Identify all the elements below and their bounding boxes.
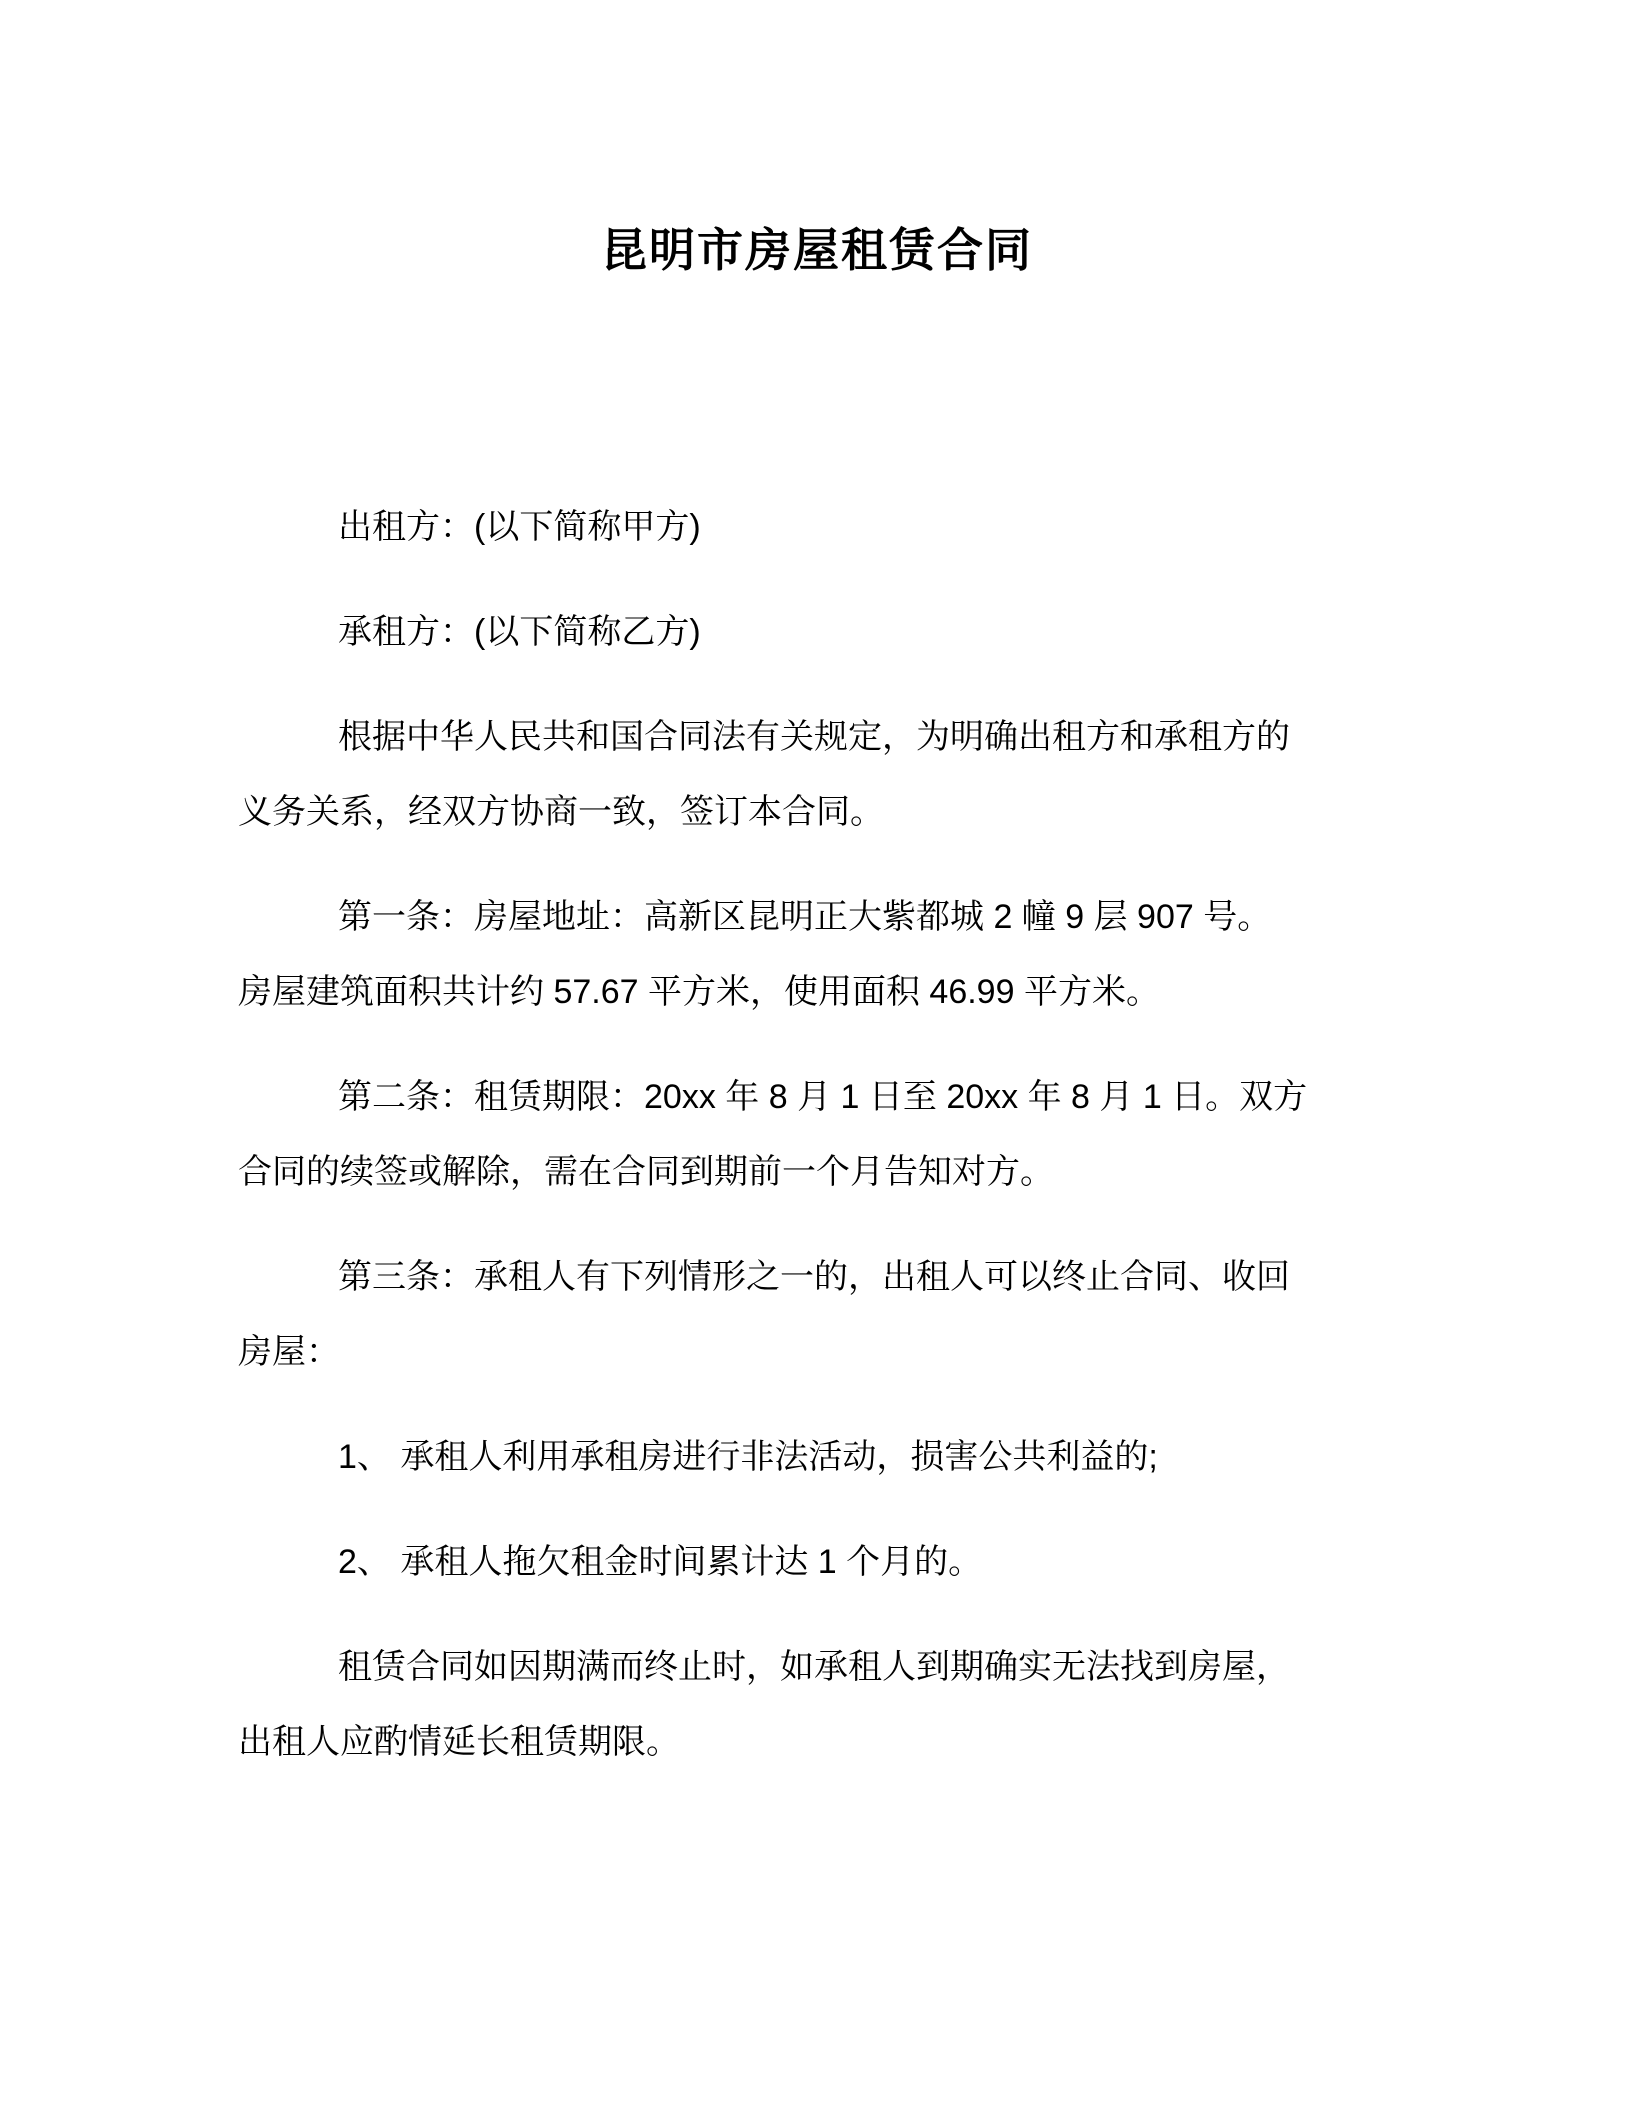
document-title: 昆明市房屋租赁合同	[238, 220, 1396, 280]
contract-document-page: 昆明市房屋租赁合同 出租方：(以下简称甲方) 承租方：(以下简称乙方) 根据中华…	[0, 0, 1632, 2112]
preamble-paragraph: 根据中华人民共和国合同法有关规定，为明确出租方和承租方的 义务关系，经双方协商一…	[238, 700, 1396, 850]
clause-item-1: 1、 承租人利用承租房进行非法活动，损害公共利益的;	[238, 1420, 1396, 1495]
article-2-paragraph: 第二条：租赁期限：20xx 年 8 月 1 日至 20xx 年 8 月 1 日。…	[238, 1060, 1396, 1210]
party-lessee-line: 承租方：(以下简称乙方)	[238, 595, 1396, 670]
closing-paragraph: 租赁合同如因期满而终止时，如承租人到期确实无法找到房屋， 出租人应酌情延长租赁期…	[238, 1630, 1396, 1780]
clause-item-2: 2、 承租人拖欠租金时间累计达 1 个月的。	[238, 1525, 1396, 1600]
article-3-paragraph: 第三条：承租人有下列情形之一的，出租人可以终止合同、收回 房屋：	[238, 1240, 1396, 1390]
article-1-paragraph: 第一条：房屋地址：高新区昆明正大紫都城 2 幢 9 层 907 号。 房屋建筑面…	[238, 880, 1396, 1030]
party-lessor-line: 出租方：(以下简称甲方)	[238, 490, 1396, 565]
